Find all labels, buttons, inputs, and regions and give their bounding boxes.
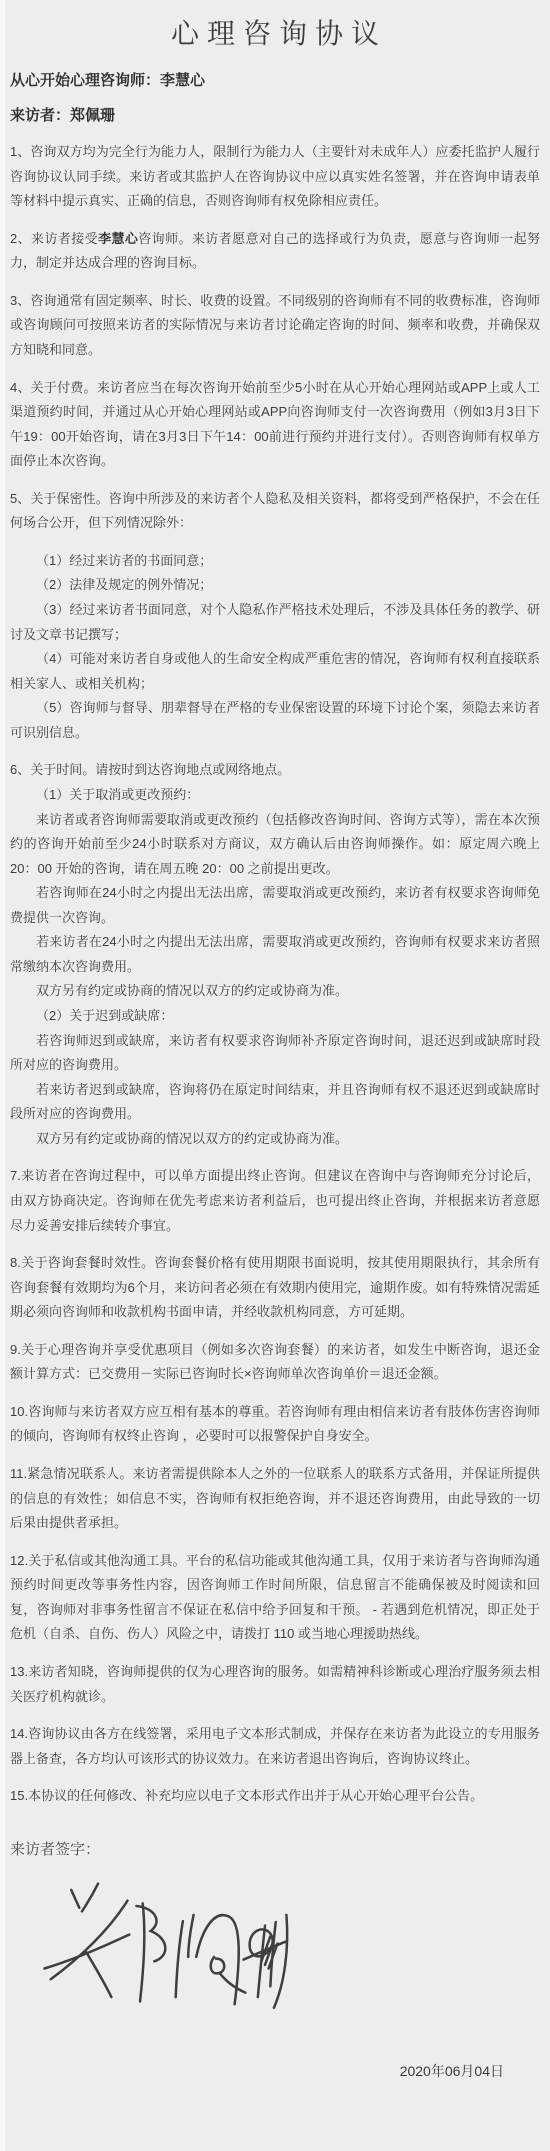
clause-2-prefix: 2、来访者接受 — [10, 231, 98, 246]
clause-2-counselor-name: 李慧心 — [98, 231, 138, 246]
counselor-line: 从心开始心理咨询师：李慧心 — [10, 70, 540, 91]
page-left-edge — [0, 0, 5, 2151]
clause-5-sub-2: （2）法律及规定的例外情况； — [10, 573, 540, 598]
clause-5-sub-3: （3）经过来访者书面同意，对个人隐私作严格技术处理后，不涉及具体任务的教学、研讨… — [10, 598, 540, 647]
clause-6-sub-6: （2）关于迟到或缺席： — [10, 1004, 540, 1029]
handwritten-signature — [40, 1872, 290, 2015]
clause-6-sub-9: 双方另有约定或协商的情况以双方的约定或协商为准。 — [10, 1127, 540, 1152]
page-title: 心理咨询协议 — [10, 12, 540, 52]
clause-15: 15.本协议的任何修改、补充均应以电子文本形式作出并于从心开始心理平台公告。 — [10, 1784, 540, 1809]
clause-5-sub-5: （5）咨询师与督导、朋辈督导在严格的专业保密设置的环境下讨论个案，须隐去来访者可… — [10, 696, 540, 745]
clause-3: 3、咨询通常有固定频率、时长、收费的设置。不同级别的咨询师有不同的收费标准，咨询… — [10, 289, 540, 363]
clause-12: 12.关于私信或其他沟通工具。平台的私信功能或其他沟通工具，仅用于来访者与咨询师… — [10, 1549, 540, 1647]
clause-5-sub-1: （1）经过来访者的书面同意； — [10, 549, 540, 574]
counselor-label: 从心开始心理咨询师： — [10, 72, 160, 89]
clause-6: 6、关于时间。请按时到达咨询地点或网络地点。 — [10, 758, 540, 783]
clause-6-sub-1: （1）关于取消或更改预约： — [10, 783, 540, 808]
clause-2: 2、来访者接受李慧心咨询师。来访者愿意对自己的选择或行为负责，愿意与咨询师一起努… — [10, 227, 540, 276]
visitor-line: 来访者：郑佩珊 — [10, 105, 540, 126]
clause-7: 7.来访者在咨询过程中，可以单方面提出终止咨询。但建议在咨询中与咨询师充分讨论后… — [10, 1164, 540, 1238]
clause-5: 5、关于保密性。咨询中所涉及的来访者个人隐私及相关资料，都将受到严格保护，不会在… — [10, 487, 540, 536]
clause-8: 8.关于咨询套餐时效性。咨询套餐价格有使用期限书面说明，按其使用期限执行，其余所… — [10, 1251, 540, 1325]
clause-11: 11.紧急情况联系人。来访者需提供除本人之外的一位联系人的联系方式备用，并保证所… — [10, 1462, 540, 1536]
clause-6-sub-4: 若来访者在24小时之内提出无法出席，需要取消或更改预约，咨询师有权要求来访者照常… — [10, 930, 540, 979]
clause-4: 4、关于付费。来访者应当在每次咨询开始前至少5小时在从心开始心理网站或APP上或… — [10, 376, 540, 474]
clause-6-sub-8: 若来访者迟到或缺席，咨询将仍在原定时间结束，并且咨询师有权不退还迟到或缺席时段所… — [10, 1078, 540, 1127]
clause-9: 9.关于心理咨询并享受优惠项目（例如多次咨询套餐）的来访者，如发生中断咨询，退还… — [10, 1338, 540, 1387]
agreement-document: 心理咨询协议 从心开始心理咨询师：李慧心 来访者：郑佩珊 1、咨询双方均为完全行… — [0, 0, 550, 2151]
clause-1: 1、咨询双方均为完全行为能力人，限制行为能力人（主要针对未成年人）应委托监护人履… — [10, 140, 540, 214]
visitor-name: 郑佩珊 — [70, 107, 115, 124]
visitor-label: 来访者： — [10, 107, 70, 124]
signature-strokes — [44, 1883, 287, 2007]
clause-5-sub-4: （4）可能对来访者自身或他人的生命安全构成严重危害的情况，咨询师有权利直接联系相… — [10, 647, 540, 696]
clause-6-sub-7: 若咨询师迟到或缺席，来访者有权要求咨询师补齐原定咨询时间，退还迟到或缺席时段所对… — [10, 1029, 540, 1078]
clause-13: 13.来访者知晓，咨询师提供的仅为心理咨询的服务。如需精神科诊断或心理治疗服务须… — [10, 1660, 540, 1709]
counselor-name: 李慧心 — [160, 72, 205, 89]
clause-6-sub-2: 来访者或者咨询师需要取消或更改预约（包括修改咨询时间、咨询方式等），需在本次预约… — [10, 808, 540, 882]
clause-6-sub-3: 若咨询师在24小时之内提出无法出席，需要取消或更改预约，来访者有权要求咨询师免费… — [10, 881, 540, 930]
signature-label: 来访者签字： — [10, 1839, 540, 1860]
clause-10: 10.咨询师与来访者双方应互相有基本的尊重。若咨询师有理由相信来访者有肢体伤害咨… — [10, 1400, 540, 1449]
date-text: 2020年06月04日 — [10, 2061, 540, 2081]
clause-14: 14.咨询协议由各方在线签署，采用电子文本形式制成，并保存在来访者为此设立的专用… — [10, 1722, 540, 1771]
clause-6-sub-5: 双方另有约定或协商的情况以双方的约定或协商为准。 — [10, 979, 540, 1004]
